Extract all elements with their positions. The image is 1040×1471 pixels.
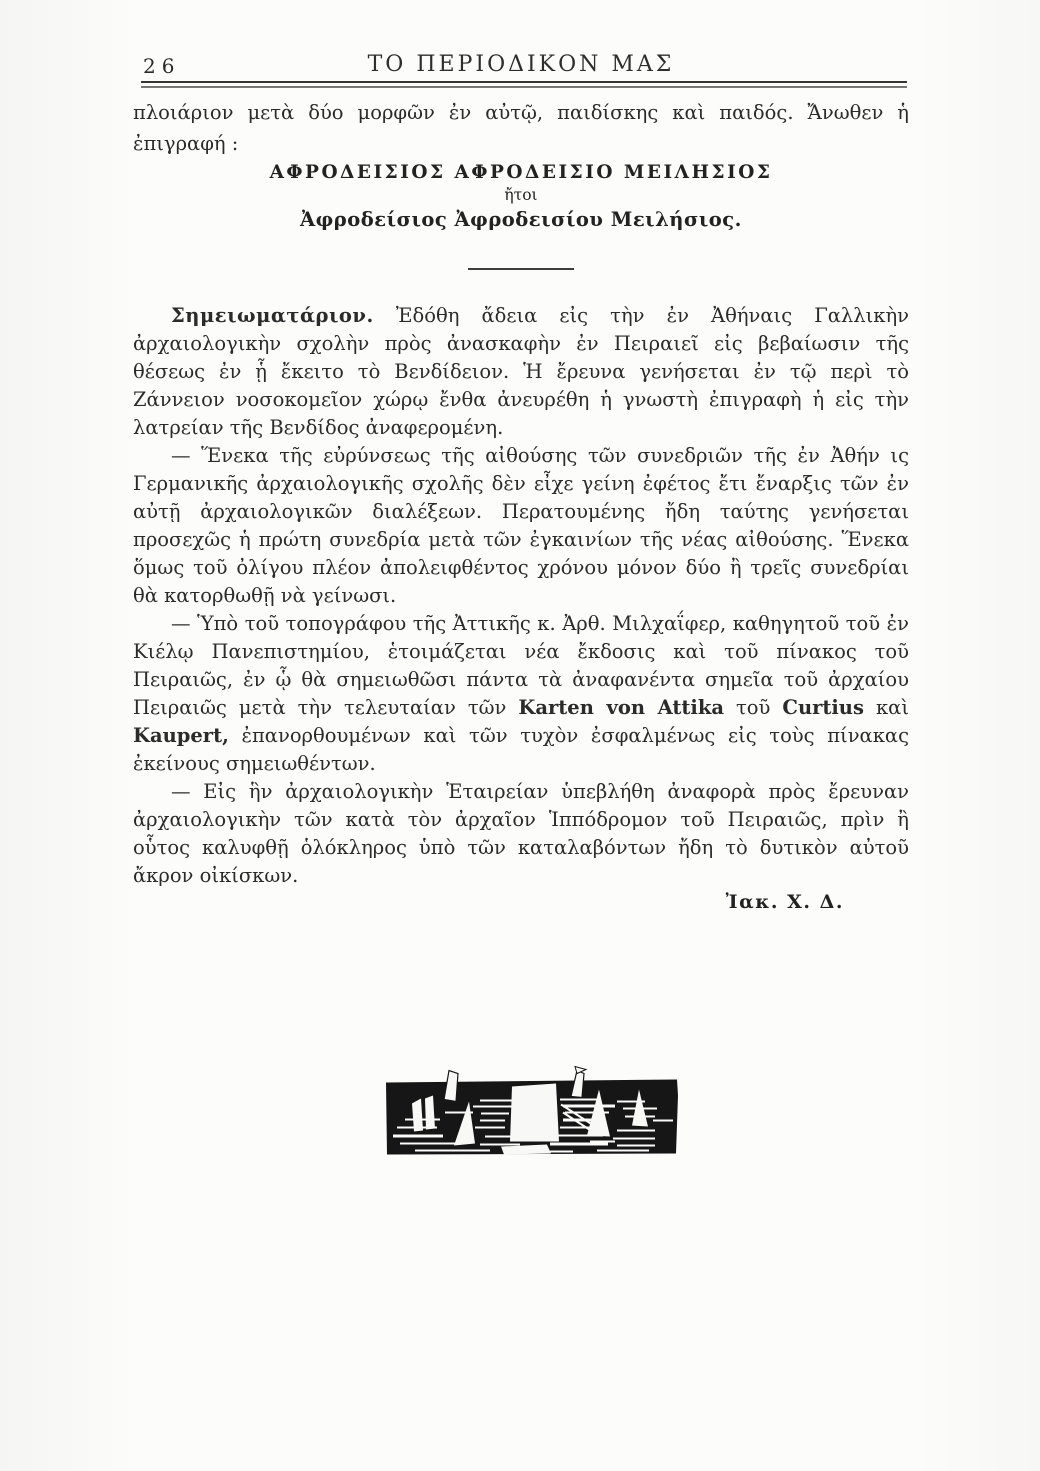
notes-section: Σημειωματάριον. Ἐδόθη ἄδεια εἰς τὴν ἐν Ἀ… (133, 302, 909, 890)
author-initials: Ἰακ. Χ. Δ. (726, 891, 844, 913)
header-rule (141, 81, 907, 83)
latin-name-curtius: Curtius (782, 696, 864, 719)
notes-paragraph-3: — Ὑπὸ τοῦ τοπογράφου τῆς Ἀττικῆς κ. Ἀρθ.… (133, 610, 909, 778)
journal-title: ΤΟ ΠΕΡΙΟΔΙΚΟΝ ΜΑΣ (133, 52, 909, 77)
inscription-block: ΑΦΡΟΔΕΙΣΙΟΣ ΑΦΡΟΔΕΙΣΙΟ ΜΕΙΛΗΣΙΟΣ ἤτοι Ἀφ… (133, 162, 909, 231)
notes-paragraph-3-greek-4: ἐπανορθουμένων καὶ τῶν τυχὸν ἐσφαλμένως … (133, 724, 909, 775)
notes-heading: Σημειωματάριον. (171, 304, 374, 327)
header-rule-ghost (141, 86, 907, 88)
scanned-page: 26 ΤΟ ΠΕΡΙΟΔΙΚΟΝ ΜΑΣ πλοιάριον μετὰ δύο … (0, 0, 1040, 1471)
notes-paragraph-4: — Εἰς ἣν ἀρχαιολογικὴν Ἑταιρείαν ὑπεβλήθ… (133, 778, 909, 890)
section-divider-rule (468, 268, 574, 270)
latin-title-karten-von-attika: Karten von Attika (518, 696, 724, 719)
inscription-line-caps: ΑΦΡΟΔΕΙΣΙΟΣ ΑΦΡΟΔΕΙΣΙΟ ΜΕΙΛΗΣΙΟΣ (133, 162, 909, 183)
sailboats-woodcut-icon (385, 1062, 678, 1162)
notes-paragraph-3-greek-2: τοῦ (724, 696, 782, 719)
inscription-line-translit: Ἀφροδείσιος Ἀφροδεισίου Μειλήσιος. (133, 208, 909, 231)
notes-paragraph-2: — Ἕνεκα τῆς εὐρύνσεως τῆς αἰθούσης τῶν σ… (133, 442, 909, 610)
latin-name-kaupert: Kaupert, (133, 724, 229, 747)
inscription-etoi: ἤτοι (133, 186, 909, 204)
notes-paragraph-3-greek-3: καὶ (864, 696, 909, 719)
notes-paragraph-1: Σημειωματάριον. Ἐδόθη ἄδεια εἰς τὴν ἐν Ἀ… (133, 302, 909, 442)
intro-paragraph: πλοιάριον μετὰ δύο μορφῶν ἐν αὐτῷ, παιδί… (133, 97, 909, 159)
